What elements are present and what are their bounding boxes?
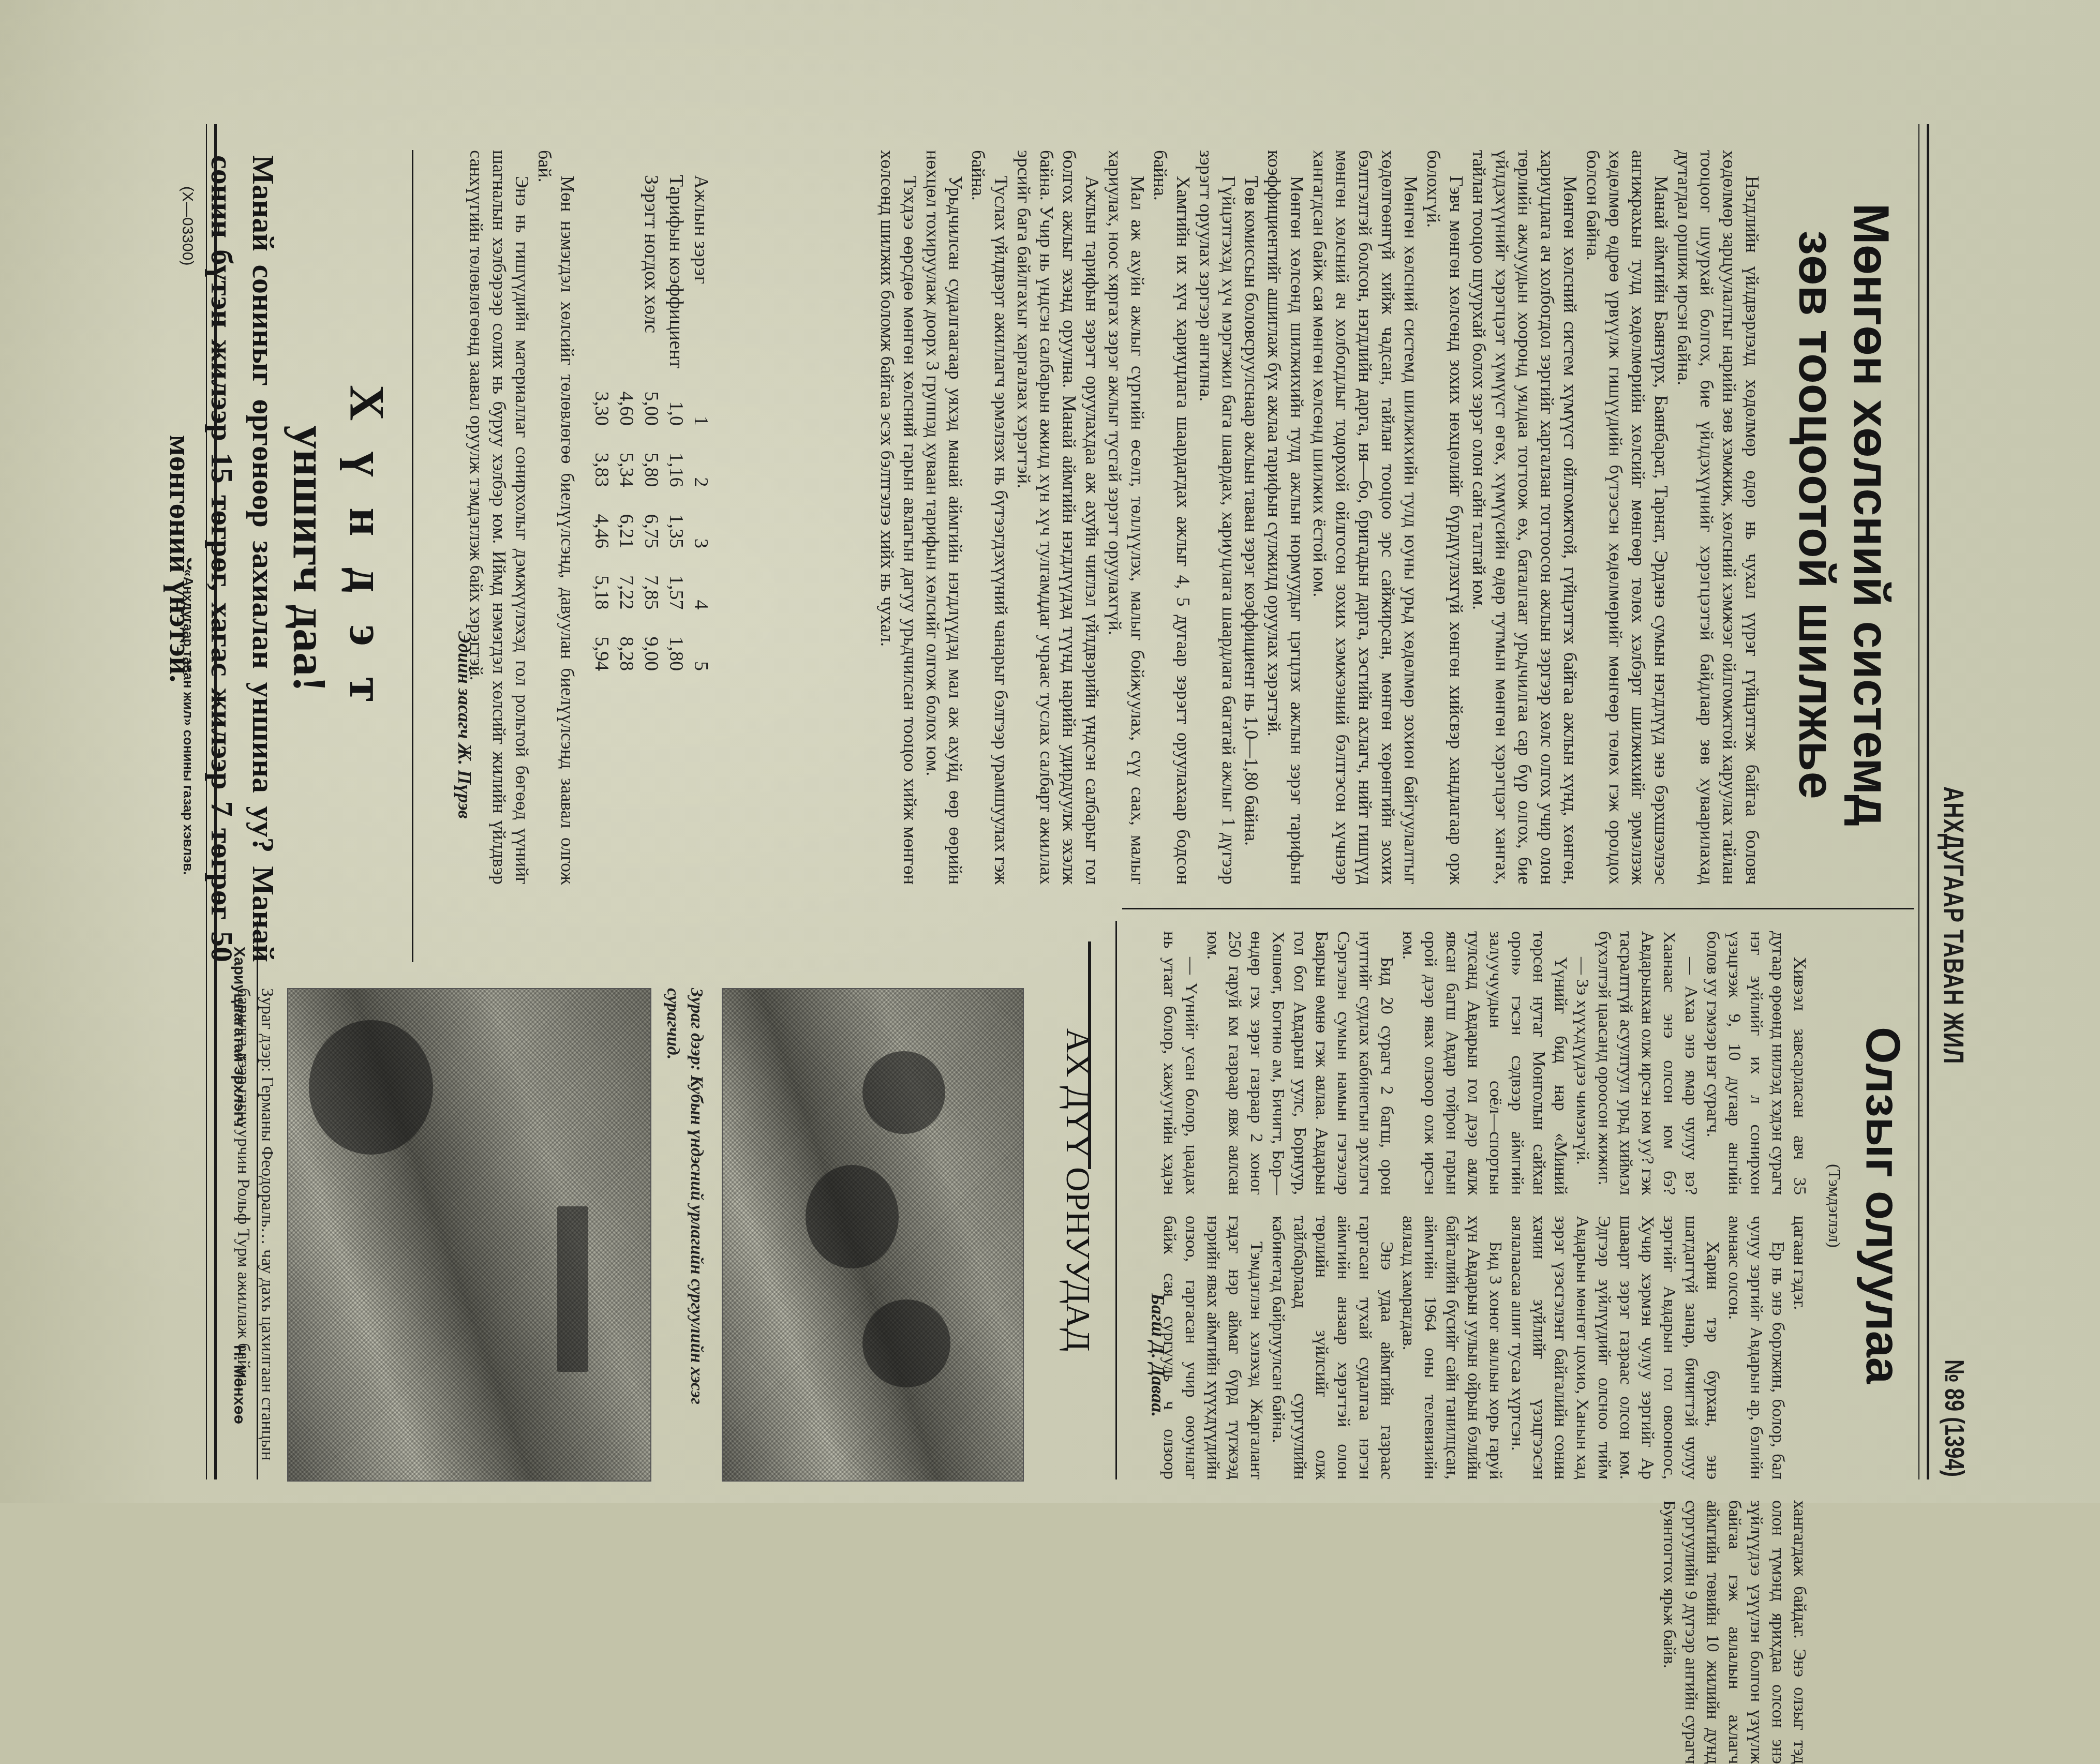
photo-students (722, 988, 1024, 1482)
table-cell: 3,83 (589, 439, 614, 501)
table-cell: 2 (689, 439, 713, 501)
main-article-signature: Эдийн засагч Ж. Пүрэв (454, 631, 475, 819)
row-label: Зэрэгт ногдох хөлс (639, 166, 664, 378)
table-cell: 5,94 (589, 623, 614, 684)
table-cell: 1,57 (664, 562, 689, 623)
table-cell: 5,34 (614, 439, 639, 501)
table-row: 3,30 3,83 4,46 5,18 5,94 (589, 166, 614, 684)
paragraph: Мал аж ахуйн ажлыг сүргийн өсөлт, төллүү… (1104, 150, 1149, 885)
table-cell: 1,80 (664, 623, 689, 684)
table-cell: 6,75 (639, 500, 664, 562)
table-cell: 5,80 (639, 439, 664, 501)
editor-name: Н. Мөнхөө (230, 1345, 248, 1424)
table-cell: 1,0 (664, 378, 689, 439)
main-title-line1: Мөнгөн хөлсний системд (1843, 140, 1898, 890)
main-article-title: Мөнгөн хөлсний системд зөв тооцоотой шил… (1789, 140, 1898, 890)
caption-title: Зураг дээр: (258, 988, 277, 1072)
row-label: Тарифын коэффициент (664, 166, 689, 378)
paragraph: — Ахаа энэ ямар чулуу вэ? Хаанаас энэ ол… (1593, 931, 1702, 1195)
column-divider (1122, 908, 1914, 909)
paragraph: Туслах үйлдвэрт ажиллагч эрмэлзэх нь бүт… (967, 150, 1012, 885)
table-cell: 8,28 (614, 623, 639, 684)
photo-welder (287, 988, 651, 1482)
table-cell: 4,60 (614, 378, 639, 439)
editor-label: Хариуцлагатай эрхлэгч (230, 947, 248, 1127)
paragraph: — Зэ хүүхдүүдээ чимээгүй. (1571, 931, 1593, 1195)
paragraph: Үүнийг бид нар «Миний төрсөн нутаг Монго… (1397, 931, 1571, 1195)
tariff-table: Ажлын зэрэг 1 2 3 4 5 Тарифын коэффициен… (589, 166, 713, 684)
masthead-rule (1918, 124, 1929, 1479)
scanned-sheet: АНХДУГААР ТАВАН ЖИЛ № 89 (1394) Мөнгөн х… (0, 0, 2100, 1503)
table-cell: 5,00 (639, 378, 664, 439)
paragraph: Мөнгөн хөлсний системд шилжихийн тулд юу… (1308, 150, 1422, 885)
table-row: Ажлын зэрэг 1 2 3 4 5 (689, 166, 713, 684)
paragraph: Гүйцэтгэхэд хүч мэргэжил бага шаардах, х… (1195, 150, 1240, 885)
table-cell: 7,22 (614, 562, 639, 623)
table-row: Зэрэгт ногдох хөлс 5,00 5,80 6,75 7,85 9… (639, 166, 664, 684)
paragraph: Мөнгөн хөлсний систем хүмүүст ойлгомжтой… (1468, 150, 1582, 885)
paragraph: Гэвч мөнгөн хөлсөнд зохих нөхцөлийг бүрд… (1422, 150, 1468, 885)
table-cell: 6,21 (614, 500, 639, 562)
paragraph: Бид 20 сурагч 2 багш, орон нутгийг судла… (1202, 931, 1397, 1195)
issue-number: № 89 (1394) (1939, 1359, 1969, 1477)
paragraph: Харин тэр бурхан, энэ шатдаггүй занар, б… (1506, 1216, 1723, 1479)
paragraph: Тэхдээ өөрсдөө мөнгөн хөлсний гарын авла… (876, 150, 921, 885)
row-label: Ажлын зэрэг (689, 166, 713, 378)
table-cell: 4 (689, 562, 713, 623)
table-row: 4,60 5,34 6,21 7,22 8,28 (614, 166, 639, 684)
row-label (589, 166, 614, 378)
table-cell: 1,16 (664, 439, 689, 501)
feature-title: Олзыг олуулаа (1856, 931, 1909, 1479)
table-cell: 5 (689, 623, 713, 684)
table-row: Тарифын коэффициент 1,0 1,16 1,35 1,57 1… (664, 166, 689, 684)
footer-rule (257, 921, 258, 1479)
table-cell: 9,00 (639, 623, 664, 684)
section-label-underline (1088, 941, 1091, 1169)
table-cell: 1 (689, 378, 713, 439)
bottom-rule (206, 124, 217, 1479)
table-cell: 3 (689, 500, 713, 562)
table-cell: 4,46 (589, 500, 614, 562)
printer-line: «Анхдугаар таван жил» сонины газар хэвлэ… (180, 569, 196, 875)
newspaper-title: АНХДУГААР ТАВАН ЖИЛ (1937, 786, 1969, 1064)
paragraph: Мөнгөн хөлсөнд шилжихийн тулд ажлын норм… (1263, 150, 1308, 885)
paragraph: Төв комиссын боловсруулснаар ажлын таван… (1240, 150, 1263, 885)
paragraph: Хамгийн их хүч хариуцлага шаардагдах ажл… (1149, 150, 1195, 885)
table-cell: 3,30 (589, 378, 614, 439)
paragraph: Ер нь энэ борлжин, болор, бал чулуу зэрг… (1723, 1216, 1789, 1479)
paragraph: Нэгдлийн үйлдвэрлэлд хөдөлмөр өдөр нь чу… (1673, 150, 1764, 885)
row-label (614, 166, 639, 378)
paragraph: Энэ удаа аймгийн газраас гаргасан тухай … (1267, 1216, 1397, 1479)
ad-body: Манай сониныг өргөнөөр захиалан уншина у… (160, 155, 284, 962)
ad-top-rule (412, 150, 413, 962)
paragraph: Ажлын тарифын зэрэгт оруулахдаа аж ахуйн… (1012, 150, 1104, 885)
photo-caption-students: Зураг дээр: Кубын үндэсний урлагийн сург… (661, 988, 708, 1479)
ad-line1: Хүндэт (336, 155, 398, 962)
paragraph: Урьдчилсан судалгаагаар уяхэд манай аймг… (921, 150, 967, 885)
table-cell: 5,18 (589, 562, 614, 623)
section-divider (1115, 921, 1117, 1479)
feature-subtitle: (Тэмдэглэл) (1823, 1164, 1846, 1248)
paragraph: Хивээл завсарласан авч 35 дугаар өрөөнд … (1702, 931, 1810, 1195)
ad-line2: уншигч даа! (284, 155, 336, 962)
masthead: АНХДУГААР ТАВАН ЖИЛ № 89 (1394) (1934, 124, 1971, 1482)
table-cell: 7,85 (639, 562, 664, 623)
newspaper-page: АНХДУГААР ТАВАН ЖИЛ № 89 (1394) Мөнгөн х… (93, 0, 2007, 1503)
main-title-line2: зөв тооцоотой шилжье (1789, 140, 1844, 890)
print-code: (Х—03300) (178, 186, 196, 265)
paragraph: Манай аймгийн Баянзүрх, Баянбарат, Тарна… (1582, 150, 1673, 885)
caption-title: Зураг дээр: (687, 988, 706, 1071)
paragraph: Бид 3 хоног аяллын хорь гаруй хүн Авдары… (1397, 1216, 1506, 1479)
main-article-body: Нэгдлийн үйлдвэрлэлд хөдөлмөр өдөр нь чу… (876, 150, 1764, 885)
feature-signature: Багш Д. Даваа. (1147, 1293, 1169, 1417)
feature-article-body: Хивээл завсарласан авч 35 дугаар өрөөнд … (1148, 931, 1810, 1479)
table-cell: 1,35 (664, 500, 689, 562)
main-article-closing: Мөн нэмэгдэл хөлсийг төлөвлөгөө биелүүлс… (465, 150, 579, 885)
paragraph: Мөн нэмэгдэл хөлсийг төлөвлөгөө биелүүлс… (533, 150, 579, 885)
